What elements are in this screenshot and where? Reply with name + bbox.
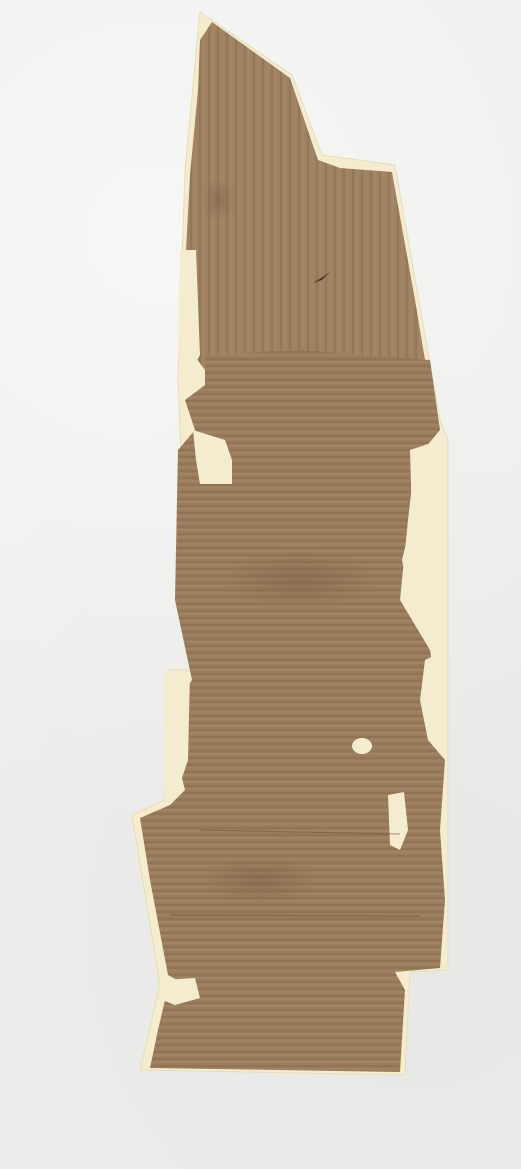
hole [178, 250, 200, 380]
seam [170, 915, 420, 916]
photo-scene [0, 0, 521, 1169]
stain [200, 855, 320, 905]
stain [200, 178, 236, 222]
hole [352, 738, 372, 754]
stain [220, 550, 380, 610]
papyrus-illustration [0, 0, 521, 1169]
